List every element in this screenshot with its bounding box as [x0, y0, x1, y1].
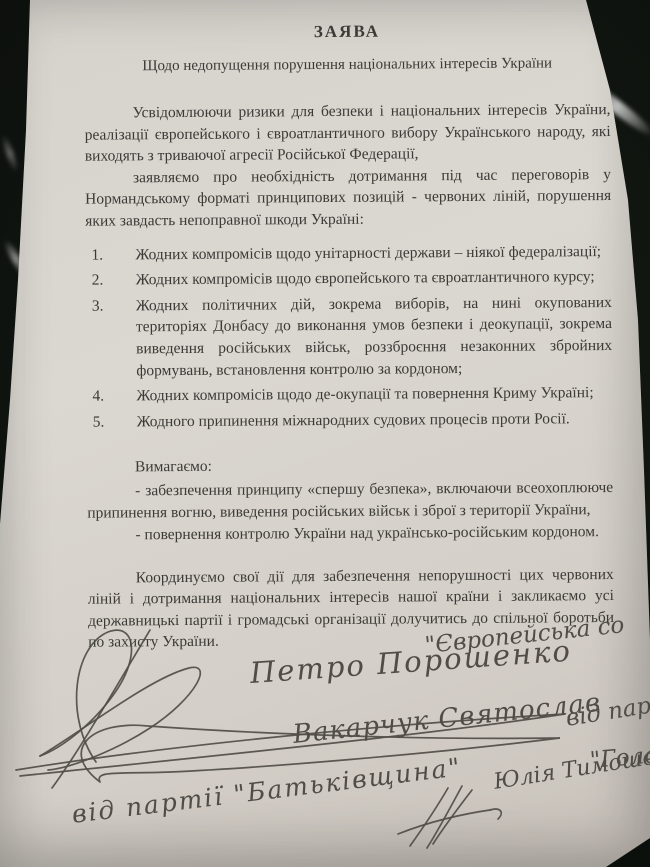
list-item-text: Жодних компромісів щодо де-окупації та п… — [136, 382, 612, 407]
document-paper: ЗАЯВА Щодо недопущення порушення націона… — [0, 0, 650, 867]
demand-item: - повернення контролю України над україн… — [87, 521, 613, 546]
list-item-text: Жодних політичних дій, зокрема виборів, … — [136, 292, 613, 382]
document-subtitle: Щодо недопущення порушення національних … — [84, 55, 610, 76]
demand-item: - забезпечення принципу «спершу безпека»… — [87, 477, 613, 524]
red-lines-list: 1. Жодних компромісів щодо унітарності д… — [85, 241, 612, 433]
document-body: ЗАЯВА Щодо недопущення порушення націона… — [0, 0, 650, 654]
list-item-text: Жодного припинення міжнародних судових п… — [137, 408, 613, 433]
list-number: 2. — [92, 269, 136, 291]
list-item: 4. Жодних компромісів щодо де-окупації т… — [92, 382, 612, 407]
list-item: 2. Жодних компромісів щодо європейського… — [92, 266, 612, 291]
paragraph-declaration: заявляємо про необхідність дотримання пі… — [85, 164, 611, 232]
list-number: 4. — [92, 385, 136, 407]
list-number: 1. — [91, 244, 135, 266]
demands-heading: Вимагаємо: — [87, 453, 613, 478]
list-number: 3. — [92, 295, 137, 382]
list-item: 1. Жодних компромісів щодо унітарності д… — [91, 241, 611, 266]
list-item: 5. Жодного припинення міжнародних судови… — [93, 408, 613, 433]
photo-background: ЗАЯВА Щодо недопущення порушення націона… — [0, 0, 650, 867]
list-number: 5. — [93, 411, 137, 433]
list-item-text: Жодних компромісів щодо унітарності держ… — [135, 241, 611, 266]
list-item-text: Жодних компромісів щодо європейського та… — [136, 266, 612, 291]
paragraph-preamble: Усвідомлюючи ризики для безпеки і націон… — [84, 99, 610, 167]
document-title: ЗАЯВА — [84, 20, 610, 44]
light-reflection — [0, 134, 20, 174]
list-item: 3. Жодних політичних дій, зокрема виборі… — [92, 292, 613, 382]
